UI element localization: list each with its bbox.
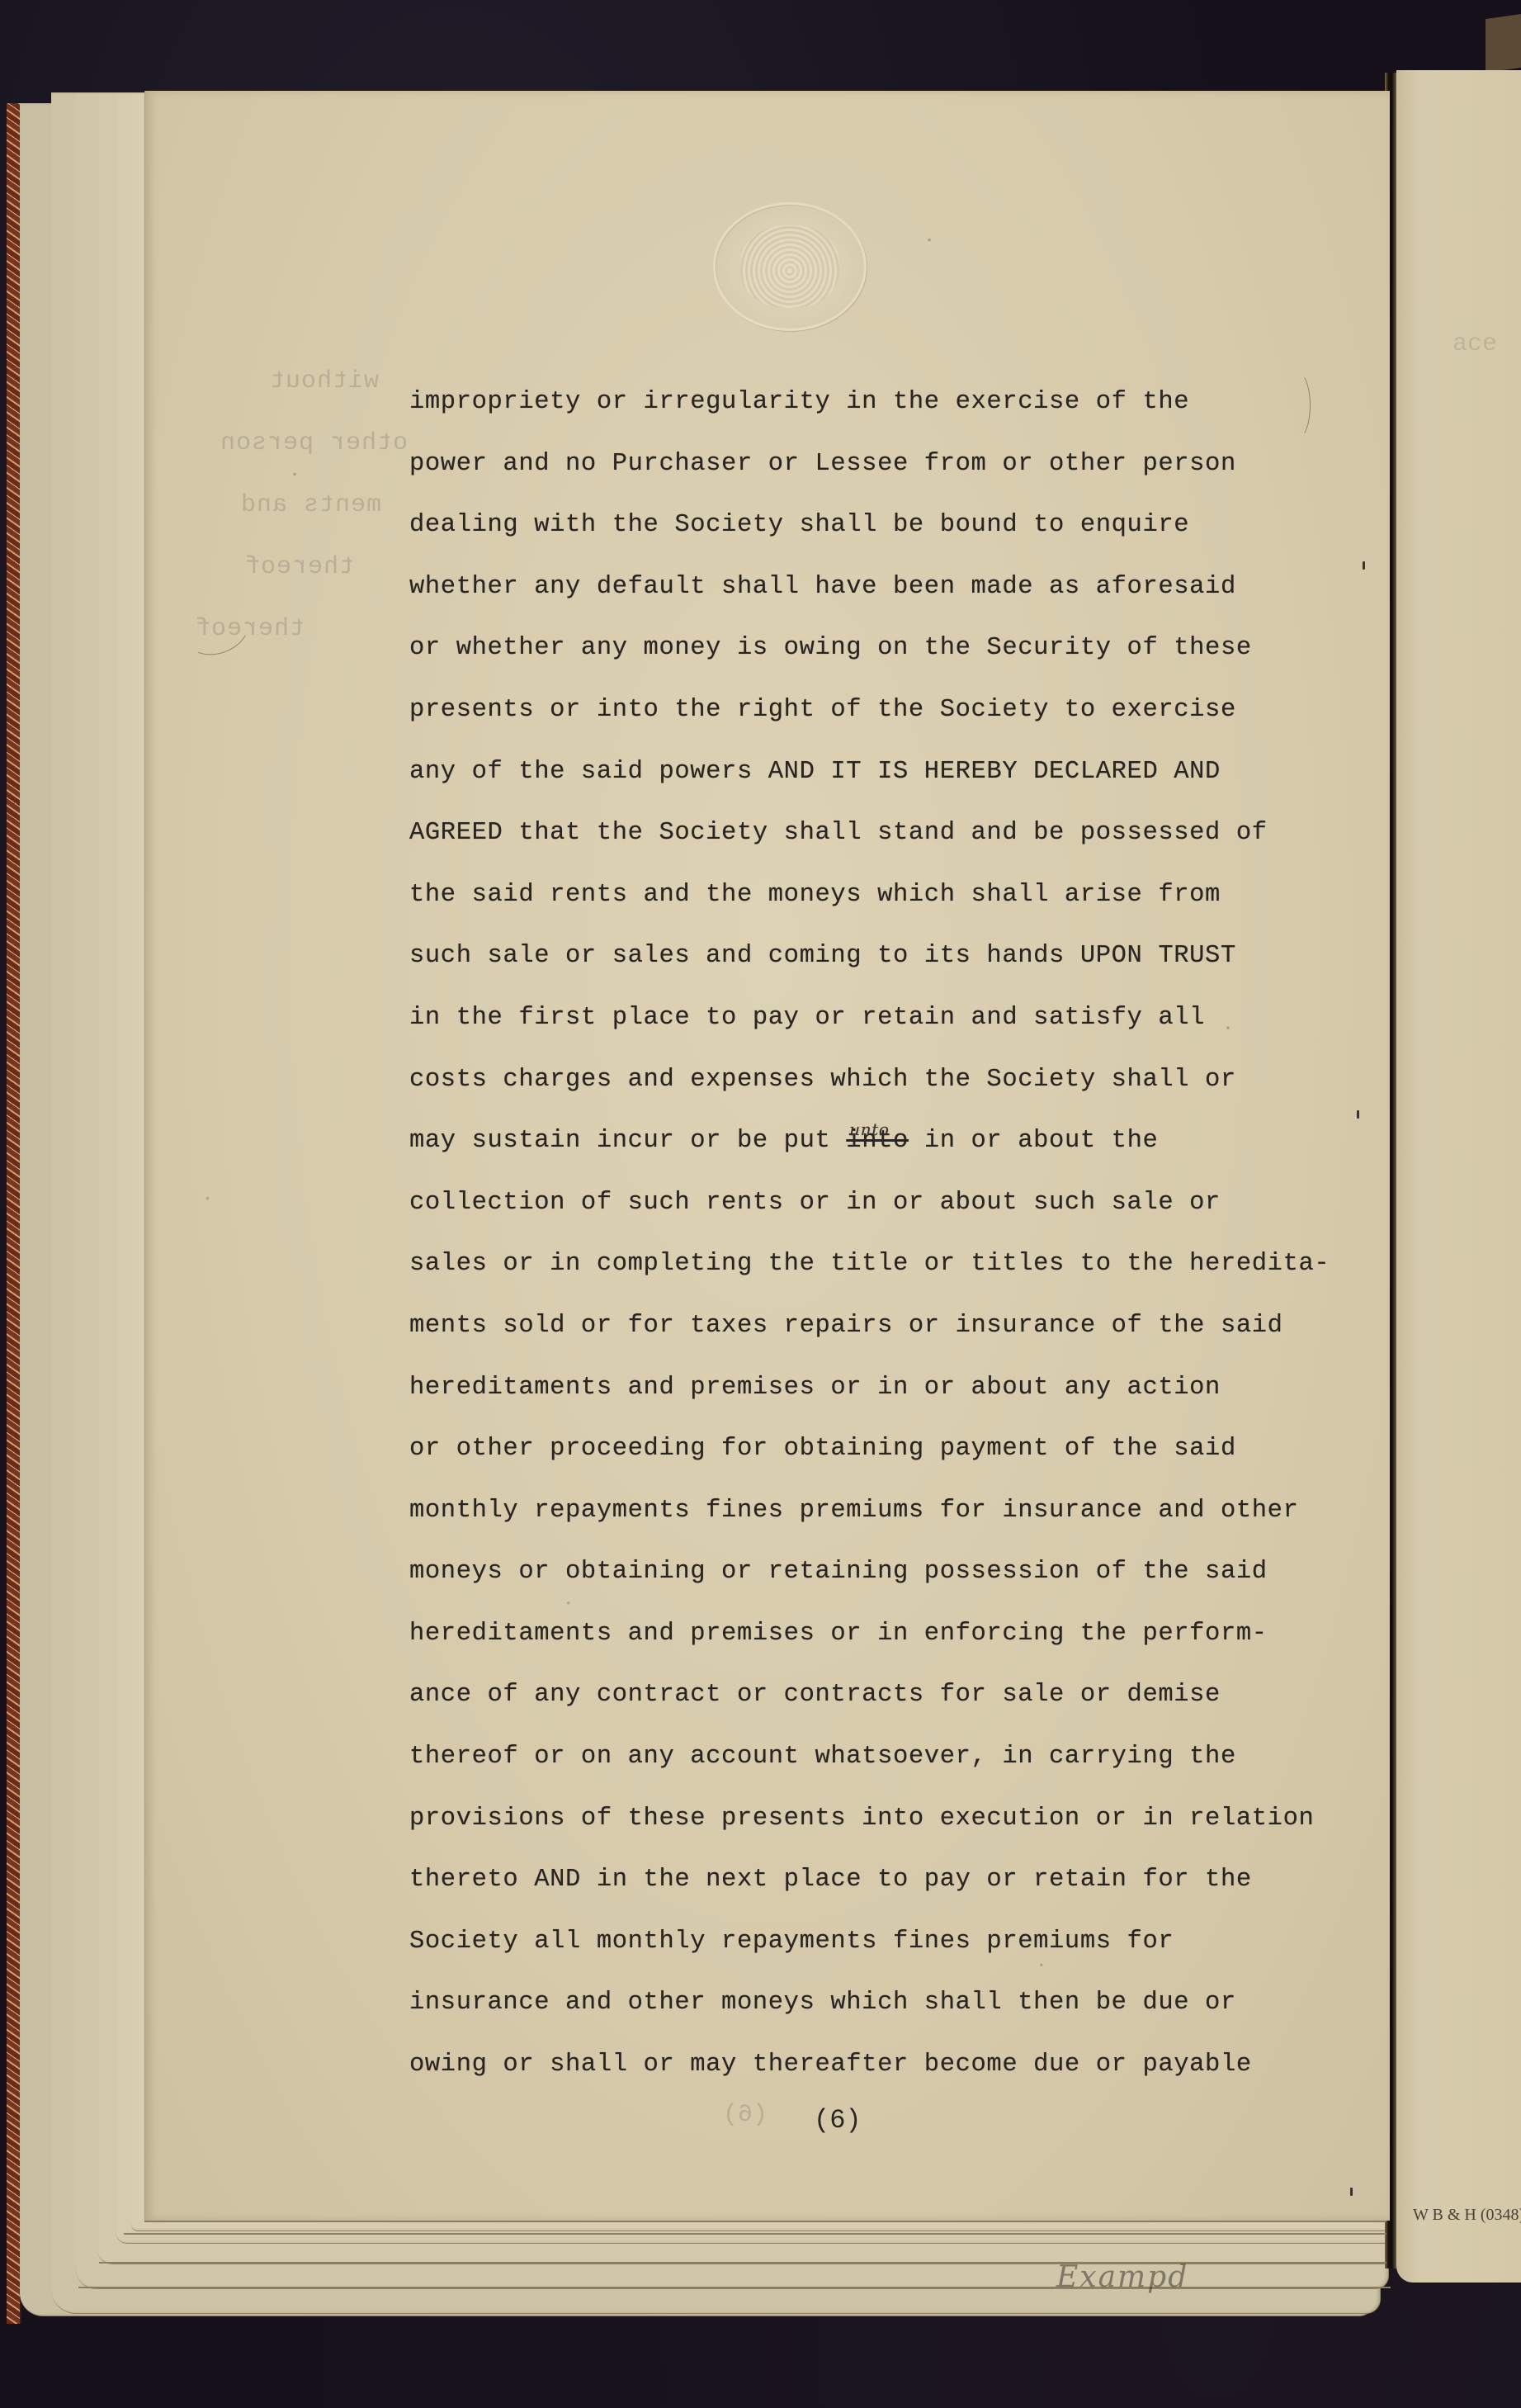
page-bottom-edge [124,2233,1386,2235]
page-bottom-edge [144,2221,1386,2222]
bleed-through-page-number: (6) [723,2101,768,2129]
text-line: moneys or obtaining or retaining possess… [409,1541,1383,1603]
text-line: thereof or on any account whatsoever, in… [409,1726,1383,1788]
text-line: or other proceeding for obtaining paymen… [409,1418,1383,1480]
text-line: collection of such rents or in or about … [409,1172,1383,1234]
text-line: impropriety or irregularity in the exerc… [409,371,1383,433]
page-number: (6) [814,2105,862,2136]
text-line: hereditaments and premises or in enforci… [409,1603,1383,1665]
corner-flap [1486,14,1521,73]
printer-imprint: W B & H (0348) [1413,2206,1521,2225]
handwritten-correction: unto [849,1099,889,1161]
text-line-with-correction: may sustain incur or be put untointo in … [409,1110,1383,1172]
text-segment: in or about the [909,1127,1158,1155]
text-line: owing or shall or may thereafter become … [409,2034,1383,2096]
pencil-mark [176,593,257,664]
text-segment: may sustain incur or be put [409,1127,846,1155]
text-line: whether any default shall have been made… [409,556,1383,618]
margin-tick [1350,2188,1353,2196]
text-line: power and no Purchaser or Lessee from or… [409,433,1383,495]
text-line: or whether any money is owing on the Sec… [409,617,1383,679]
bleed-through-text: without [269,367,379,395]
text-line: monthly repayments fines premiums for in… [409,1480,1383,1542]
handwritten-note: Exampd [1056,2260,1188,2294]
text-line: the said rents and the moneys which shal… [409,864,1383,926]
text-line: insurance and other moneys which shall t… [409,1972,1383,2034]
right-page-ghost-text: ace [1453,330,1497,358]
text-line: AGREED that the Society shall stand and … [409,802,1383,864]
text-line: costs charges and expenses which the Soc… [409,1049,1383,1111]
text-line: any of the said powers AND IT IS HEREBY … [409,741,1383,803]
scanned-book-spread: ace W B & H (0348) without other person … [0,0,1521,2408]
embossed-seal-icon [713,202,867,331]
text-line: thereto AND in the next place to pay or … [409,1849,1383,1911]
document-page: without other person ments and thereof t… [144,91,1390,2221]
page-bottom-edge [99,2262,1386,2264]
text-line: ments sold or for taxes repairs or insur… [409,1295,1383,1357]
seal-crest [740,225,839,308]
right-facing-page [1396,70,1521,2283]
bleed-through-text: ments and [240,491,381,519]
text-line: dealing with the Society shall be bound … [409,494,1383,556]
text-line: in the first place to pay or retain and … [409,987,1383,1049]
text-line: provisions of these presents into execut… [409,1788,1383,1850]
text-line: presents or into the right of the Societ… [409,679,1383,741]
text-line: ance of any contract or contracts for sa… [409,1664,1383,1726]
bleed-through-text: thereof [244,553,354,581]
page-bottom-edge [78,2287,1391,2288]
text-line: Society all monthly repayments fines pre… [409,1911,1383,1973]
text-line: such sale or sales and coming to its han… [409,925,1383,987]
typed-body-text: impropriety or irregularity in the exerc… [409,371,1383,2096]
text-line: hereditaments and premises or in or abou… [409,1357,1383,1419]
text-line: sales or in completing the title or titl… [409,1233,1383,1295]
bleed-through-text: other person [220,429,408,457]
